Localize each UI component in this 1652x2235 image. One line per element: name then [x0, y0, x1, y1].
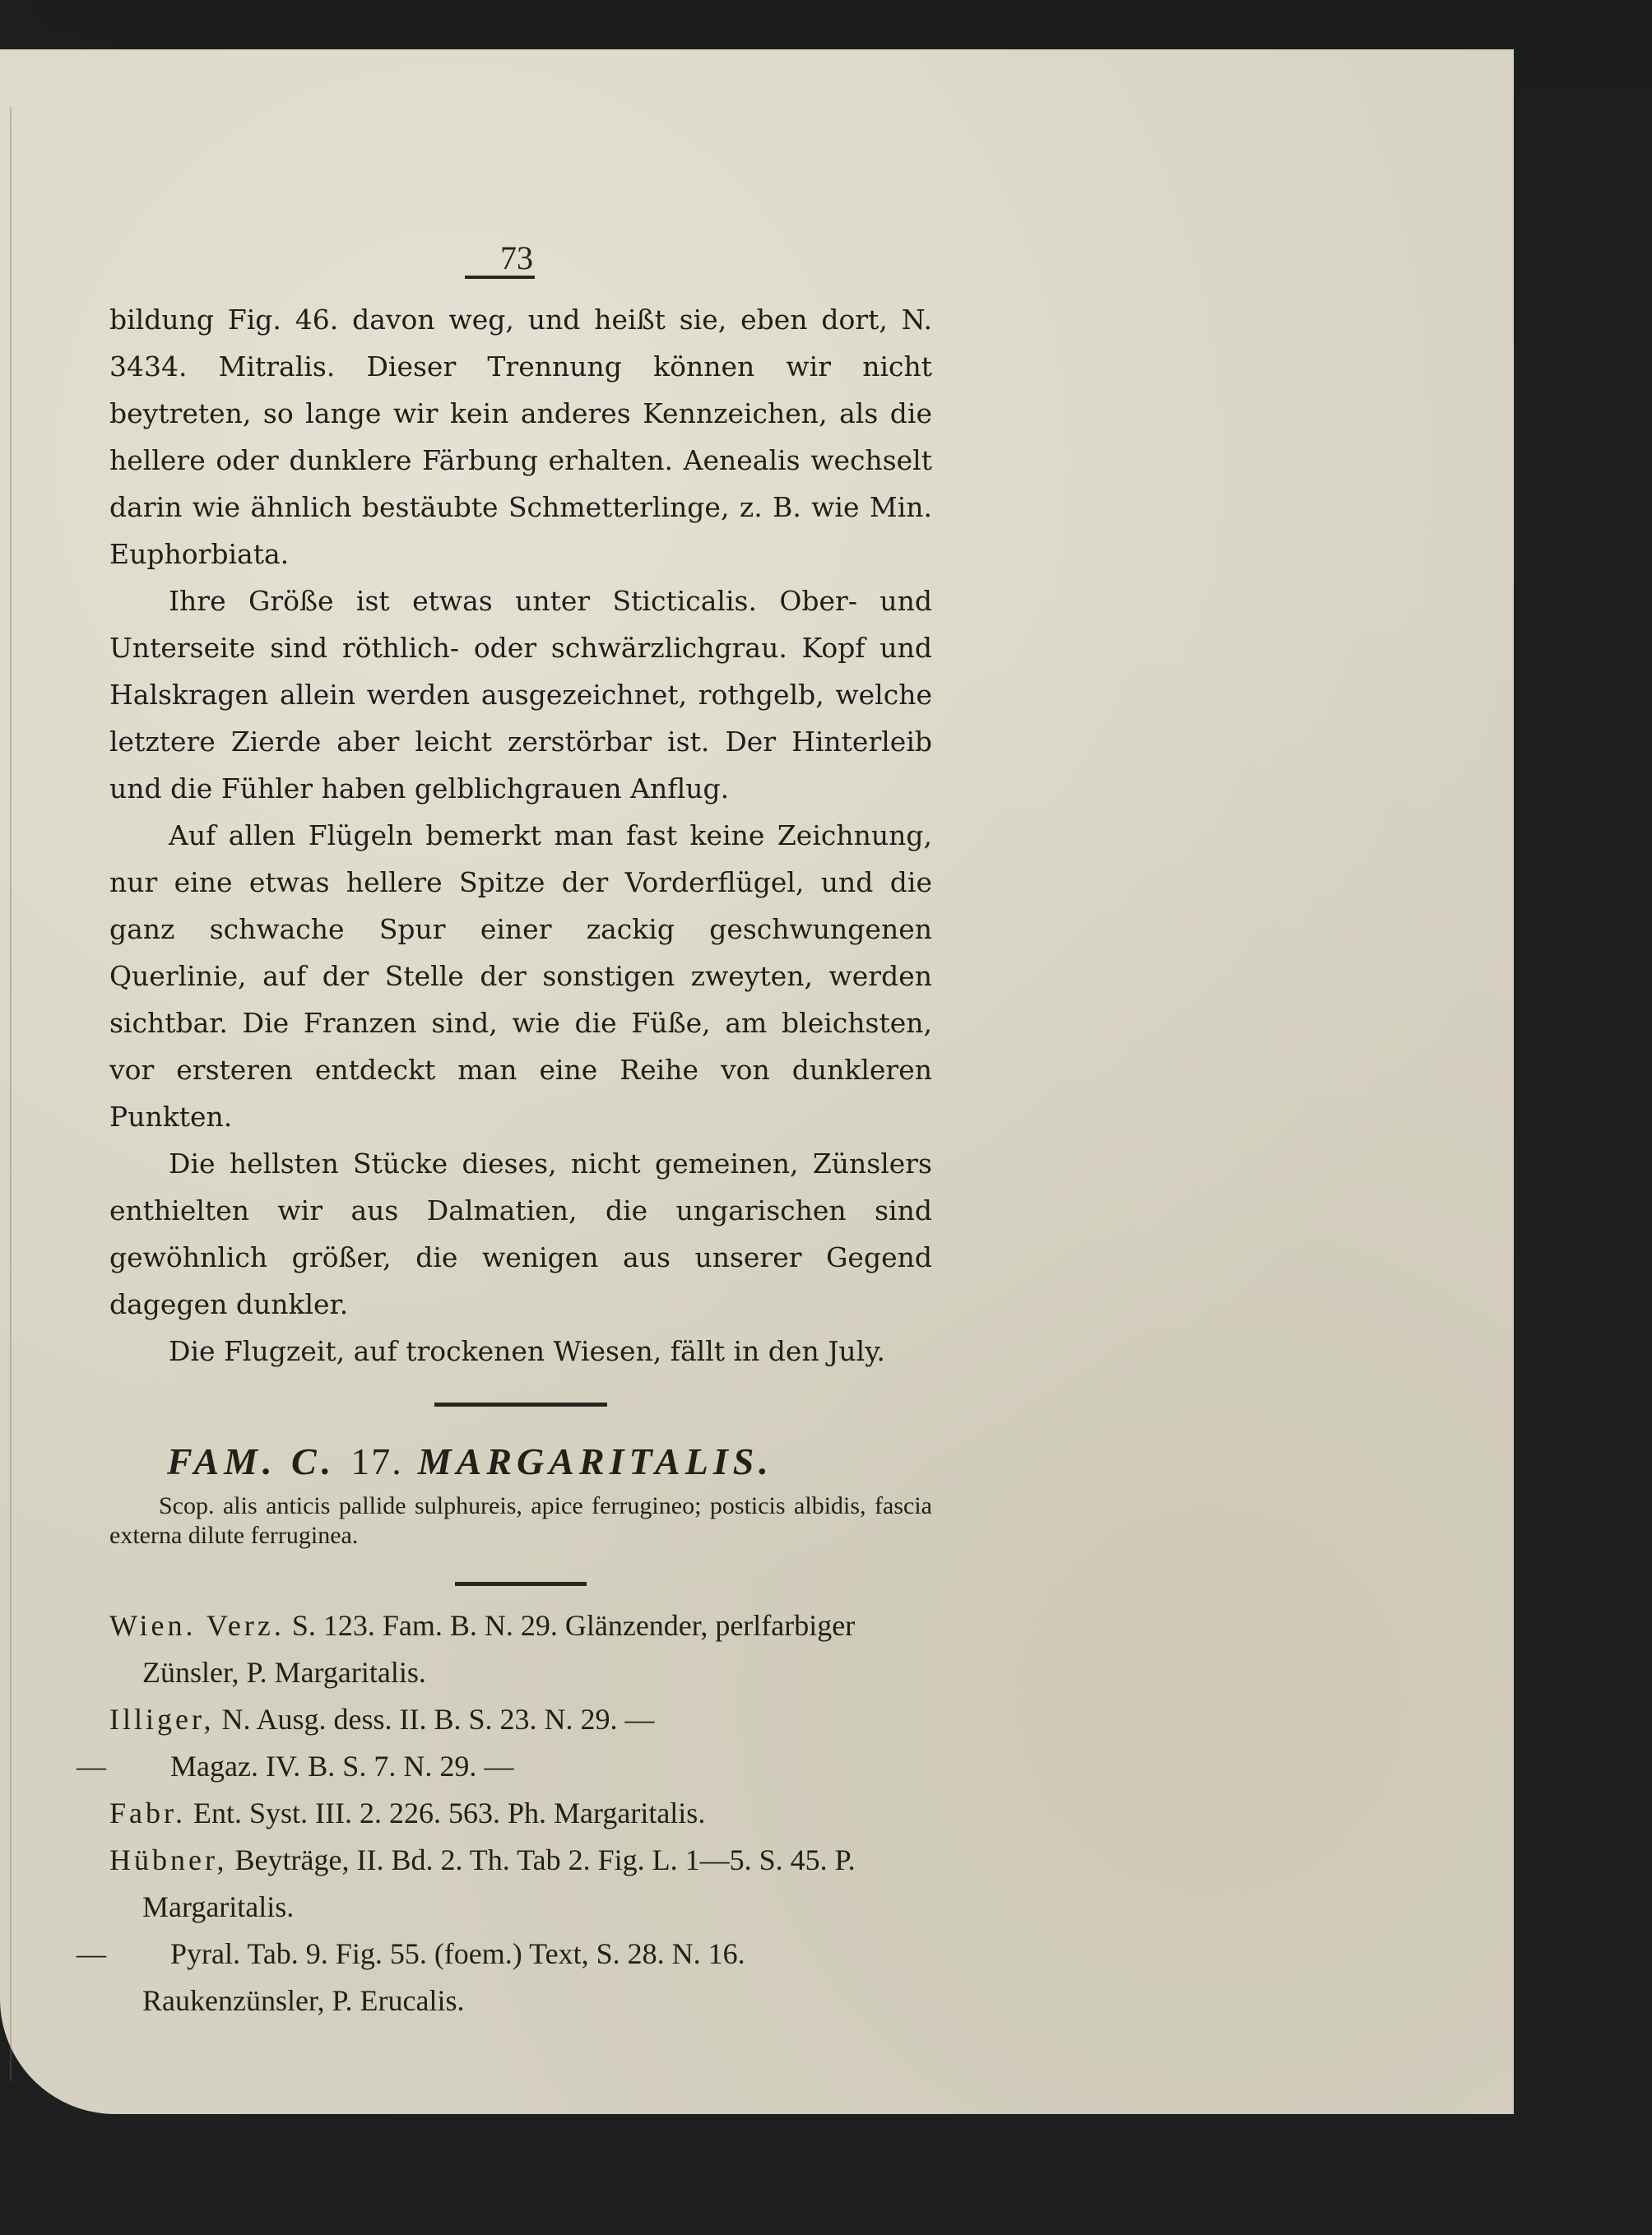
family-label: FAM. C.: [167, 1440, 336, 1482]
paragraph-4: Die hellsten Stücke dieses, nicht gemein…: [109, 1140, 932, 1328]
species-diagnosis: Scop. alis anticis pallide sulphureis, a…: [109, 1491, 932, 1551]
reference-item: — Magaz. IV. B. S. 7. N. 29. —: [109, 1743, 932, 1790]
page-gutter-edge: [10, 107, 12, 2081]
reference-item: Hübner, Beyträge, II. Bd. 2. Th. Tab 2. …: [109, 1837, 932, 1931]
reference-item: — Pyral. Tab. 9. Fig. 55. (foem.) Text, …: [109, 1931, 932, 2024]
reference-item: Fabr. Ent. Syst. III. 2. 226. 563. Ph. M…: [109, 1790, 932, 1837]
reference-item: Illiger, N. Ausg. dess. II. B. S. 23. N.…: [109, 1696, 932, 1743]
species-name: MARGARITALIS.: [418, 1440, 773, 1482]
paragraph-3: Auf allen Flügeln bemerkt man fast keine…: [109, 812, 932, 1140]
species-number: 17.: [350, 1440, 403, 1482]
paragraph-2: Ihre Größe ist etwas unter Sticticalis. …: [109, 577, 932, 812]
references-list: Wien. Verz. S. 123. Fam. B. N. 29. Glänz…: [109, 1602, 932, 2024]
page-number-rule: [465, 276, 535, 279]
species-heading: FAM. C.17.MARGARITALIS.: [109, 1440, 932, 1483]
page-number: 73: [467, 239, 566, 277]
reference-item: Wien. Verz. S. 123. Fam. B. N. 29. Glänz…: [109, 1602, 932, 1696]
paragraph-5: Die Flugzeit, auf trockenen Wiesen, fäll…: [109, 1328, 932, 1375]
paragraph-1: bildung Fig. 46. davon weg, und heißt si…: [109, 296, 932, 577]
page-body: bildung Fig. 46. davon weg, und heißt si…: [109, 296, 932, 2024]
